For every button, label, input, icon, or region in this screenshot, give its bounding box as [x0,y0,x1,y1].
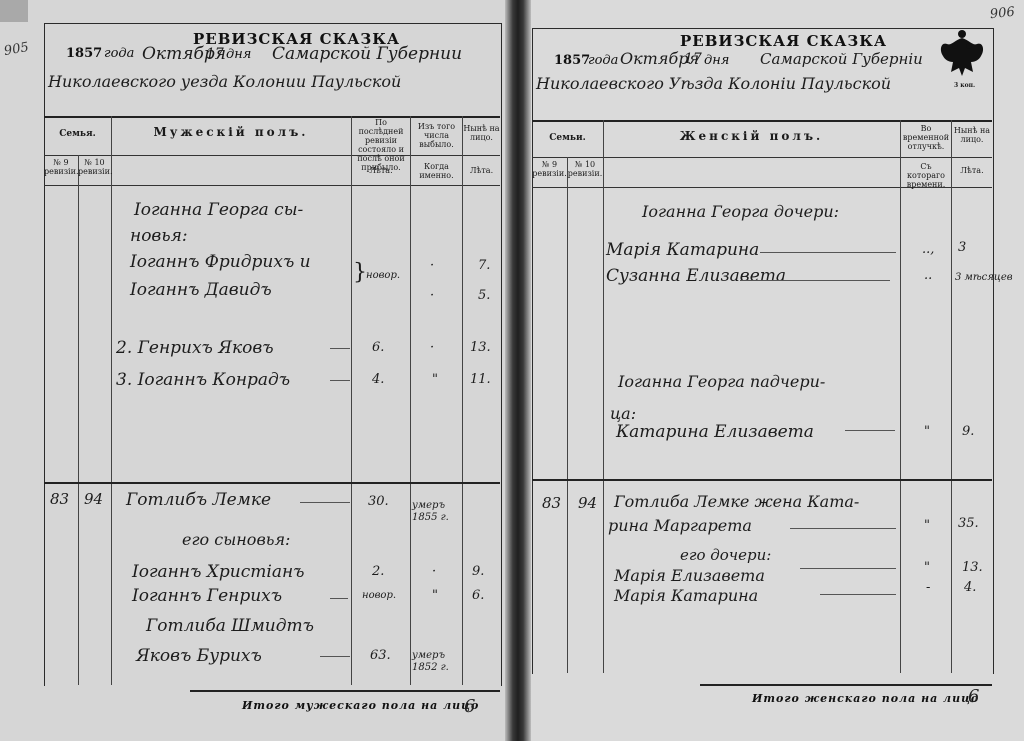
left-entry-present: 13. [470,340,491,355]
right-year: 1857 [554,53,590,68]
left-entry-departed: · [430,340,434,355]
left-header-mid [44,155,500,156]
dash-line [300,502,350,503]
left-entry-departed: " [432,588,438,603]
right-hdr-present: Нынѣ на лицо. [952,126,992,144]
left-day-word: дня [226,47,251,62]
stamp-value: 3 коп. [954,82,975,89]
left-entry-present: 11. [470,372,491,387]
dash-line [845,430,895,431]
left-entry-rev-age: 4. [372,372,384,387]
left-entry-departed: · [430,258,434,273]
book-gutter [505,0,531,741]
left-hdr-rev9: № 9 ревизіи. [44,158,78,176]
right-entry-name: Марія Катарина [614,586,758,605]
dash-line [330,598,348,599]
right-entry-name: Іоганна Георга дочери: [642,202,839,221]
left-hdr-last-rev: По послѣдней ревизіи состояло и послѣ он… [352,118,410,172]
right-total-label: Итого женскаго пола на лицо [752,692,979,705]
right-family-separator [532,479,992,481]
left-hdr-male: Мужескій полъ. [111,128,351,137]
left-entry-name: Готлибъ Лемке [126,490,271,510]
right-total-rule [700,684,992,686]
right-year-word: года [588,53,618,68]
right-header-mid [532,157,992,158]
left-col-divider [351,116,352,685]
left-entry-departed: умеръ 1855 г. [412,500,458,524]
right-entry-absent: .., [922,242,934,257]
left-entry-name: Іоганнъ Давидъ [130,280,272,300]
left-total-label: Итого мужескаго пола на лицо [242,699,479,712]
left-hdr-departed-when: Когда именно. [411,162,462,180]
right-header-top [532,120,992,122]
right-entry-rev10: 94 [578,494,597,512]
dash-line [790,528,896,529]
right-hdr-female: Женскій полъ. [603,132,900,141]
dash-line [820,594,896,595]
left-family-separator [44,482,500,484]
left-col-divider [462,116,463,685]
left-hdr-present: Нынѣ на лицо. [463,124,500,142]
right-province: Самарской Губерніи [760,50,923,68]
left-entry-name: 3. Іоганнъ Конрадъ [116,370,290,390]
left-entry-rev9: 83 [50,490,69,508]
left-district: Николаевского уезда Колонии Паульской [48,72,401,91]
right-entry-name: Марія Елизавета [614,566,765,585]
right-col-divider [900,120,901,673]
dash-line [740,280,890,281]
right-col-divider [951,120,952,673]
right-entry-name: рина Маргарета [608,516,752,535]
left-province: Самарской Губернии [272,44,462,64]
right-day-word: дня [704,53,729,68]
corner-fold [0,0,28,22]
left-entry-departed: умеръ 1852 г. [412,650,458,674]
left-col-divider [111,116,112,685]
right-entry-present: 3 мѣсяцев [955,272,1013,283]
left-header-top [44,116,500,118]
dash-line [320,656,350,657]
left-total-rule [190,690,500,692]
left-entry-present: 9. [472,564,484,579]
left-entry-name: Іоганнъ Генрихъ [132,586,282,606]
right-entry-absent: .. [924,268,932,283]
left-entry-name: Іоганнъ Фридрихъ и [130,252,311,272]
right-entry-name: Іоганна Георга падчери- [618,372,825,391]
left-entry-rev10: 94 [84,490,103,508]
double-headed-eagle-icon [937,28,987,80]
right-entry-present: 4. [964,580,976,595]
left-entry-name: его сыновья: [182,530,290,549]
right-entry-name: Готлиба Лемке жена Ката- [614,492,859,511]
left-hdr-last-rev-years: Лѣта. [352,166,410,175]
left-entry-departed: " [432,372,438,387]
right-entry-absent: - [926,580,930,595]
left-entry-name: Готлиба Шмидтъ [146,616,314,636]
left-year-word: года [104,46,134,61]
left-hdr-present-years: Лѣта. [463,166,500,175]
folio-right: 906 [989,5,1015,23]
right-entry-name: его дочери: [680,546,771,564]
dash-line [330,380,350,381]
left-entry-departed: · [432,564,436,579]
left-entry-name: Іоганнъ Христіанъ [132,562,304,582]
left-entry-rev-age: 30. [368,494,389,509]
dash-line [760,252,896,253]
left-entry-rev-age: 63. [370,648,391,663]
left-entry-present: 6. [472,588,484,603]
right-entry-present: 35. [958,516,979,531]
right-entry-absent: " [924,560,930,575]
right-hdr-rev9: № 9 ревизіи. [532,160,567,178]
left-day: 17 [206,46,224,62]
right-col-divider [603,120,604,673]
left-header-bottom [44,185,500,186]
left-hdr-rev10: № 10 ревизіи. [78,158,111,176]
left-col-divider [78,155,79,685]
left-hdr-departed: Изъ того числа выбыло. [411,122,462,149]
left-entry-rev-age: 2. [372,564,384,579]
brace: } [353,260,367,285]
right-entry-name: Марія Катарина [606,240,759,260]
left-col-divider [410,116,411,685]
right-hdr-present-years: Лѣта. [952,166,992,175]
left-entry-name: Іоганна Георга сы- [134,200,303,220]
right-entry-absent: " [924,518,930,533]
right-entry-present: 13. [962,560,983,575]
right-entry-name: ца: [610,404,636,423]
right-district: Николаевского Уѣзда Колоніи Паульской [536,74,891,93]
right-hdr-temp-absent-since: Съ котораго времени. [901,162,951,189]
right-entry-name: Катарина Елизавета [616,422,814,442]
right-total-value: 6 [968,686,979,707]
dash-line [800,568,896,569]
left-entry-name: 2. Генрихъ Яковъ [116,338,274,358]
right-entry-absent: " [924,424,930,439]
right-col-divider [567,157,568,673]
left-entry-rev-age: новор. [366,270,400,281]
left-entry-name: Яковъ Бурихъ [136,646,262,666]
left-hdr-family: Семья. [44,130,111,139]
left-entry-present: 7. [478,258,490,273]
right-hdr-family: Семьи. [532,134,603,143]
left-year: 1857 [66,46,102,61]
right-hdr-temp-absent: Во временной отлучкѣ. [901,124,951,151]
left-entry-rev-age: 6. [372,340,384,355]
right-day: 17 [684,51,702,67]
right-entry-rev9: 83 [542,494,561,512]
right-entry-name: Сузанна Елизавета [606,266,786,286]
left-entry-departed: · [430,288,434,303]
right-title: РЕВИЗСКАЯ СКАЗКА [680,32,887,50]
left-total-value: 6 [464,696,475,717]
right-hdr-rev10: № 10 ревизіи. [567,160,603,178]
right-entry-present: 9. [962,424,974,439]
left-entry-name: новья: [130,226,188,246]
right-entry-present: 3 [958,240,966,255]
left-entry-rev-age: новор. [362,590,396,601]
dash-line [330,348,350,349]
left-entry-present: 5. [478,288,490,303]
